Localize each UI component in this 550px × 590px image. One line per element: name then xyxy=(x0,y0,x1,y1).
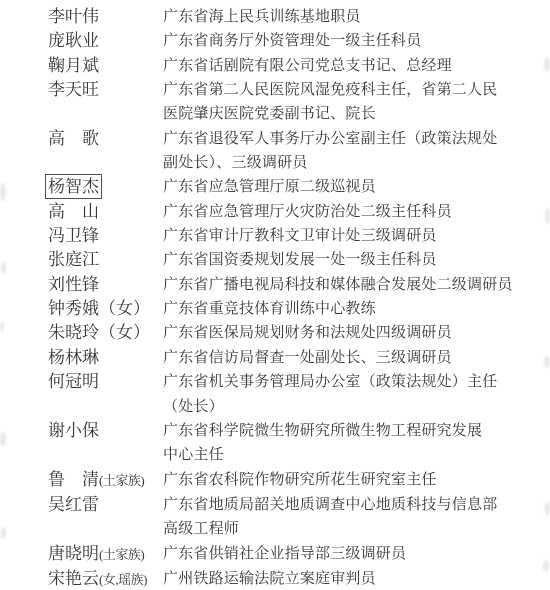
person-name: 张庭江 xyxy=(48,250,99,269)
name-cell: 高 歌 xyxy=(48,127,163,151)
person-name: 鞠月斌 xyxy=(48,56,99,75)
list-item: 庞耿业 广东省商务厅外资管理处一级主任科员 xyxy=(48,29,550,53)
name-cell: 宋艳云(女,瑶族) xyxy=(48,567,163,590)
position-text: 广东省审计厅教科文卫审计处三级调研员 xyxy=(163,224,519,248)
position-text: 广东省重竞技体育训练中心教练 xyxy=(163,297,519,321)
name-cell: 杨林琳 xyxy=(48,346,163,370)
award-list: 李叶伟 广东省海上民兵训练基地职员 庞耿业 广东省商务厅外资管理处一级主任科员 … xyxy=(0,0,550,590)
person-name: 吴红雷 xyxy=(48,495,99,514)
list-item: 冯卫锋 广东省审计厅教科文卫审计处三级调研员 xyxy=(48,224,550,248)
position-text: 广东省话剧院有限公司党总支书记、总经理 xyxy=(163,54,519,78)
name-cell: 庞耿业 xyxy=(48,29,163,53)
ethnicity-gender-note: (土家族) xyxy=(99,547,144,562)
position-text: 广东省商务厅外资管理处一级主任科员 xyxy=(163,29,519,53)
position-text: 广东省国资委规划发展一处一级主任科员 xyxy=(163,248,519,272)
list-item: 鞠月斌 广东省话剧院有限公司党总支书记、总经理 xyxy=(48,54,550,78)
person-name: 刘性锋 xyxy=(48,275,99,294)
name-cell: 高 山 xyxy=(48,200,163,224)
list-item: 何冠明 广东省机关事务管理局办公室（政策法规处）主任 （处长） xyxy=(48,370,550,419)
list-item: 吴红雷 广东省地质局韶关地质调查中心地质科技与信息部 高级工程师 xyxy=(48,493,550,542)
list-item: 张庭江 广东省国资委规划发展一处一级主任科员 xyxy=(48,248,550,272)
list-item: 高 山 广东省应急管理厅火灾防治处二级主任科员 xyxy=(48,200,550,224)
list-item: 刘性锋 广东省广播电视局科技和媒体融合发展处二级调研员 xyxy=(48,273,550,297)
person-name: 杨林琳 xyxy=(48,348,99,367)
list-item: 朱晓玲（女） 广东省医保局规划财务和法规处四级调研员 xyxy=(48,321,550,345)
person-name: 鲁 清 xyxy=(48,470,99,489)
ethnicity-gender-note: (女,瑶族) xyxy=(99,572,147,587)
list-item: 钟秀娥（女） 广东省重竞技体育训练中心教练 xyxy=(48,297,550,321)
position-text: 广东省应急管理厅原二级巡视员 xyxy=(163,175,519,199)
name-cell: 鲁 清(土家族) xyxy=(48,468,163,493)
position-text: 广东省地质局韶关地质调查中心地质科技与信息部 高级工程师 xyxy=(163,493,519,542)
name-cell: 鞠月斌 xyxy=(48,54,163,78)
person-name: 庞耿业 xyxy=(48,31,99,50)
person-name: 冯卫锋 xyxy=(48,226,99,245)
position-text: 广东省农科院作物研究所花生研究室主任 xyxy=(163,468,519,492)
list-item: 谢小保 广东省科学院微生物研究所微生物工程研究发展 中心主任 xyxy=(48,419,550,468)
list-item: 唐晓明(土家族) 广东省供销社企业指导部三级调研员 xyxy=(48,542,550,567)
name-cell: 李叶伟 xyxy=(48,5,163,29)
list-item: 杨智杰 广东省应急管理厅原二级巡视员 xyxy=(48,175,550,199)
position-text: 广东省应急管理厅火灾防治处二级主任科员 xyxy=(163,200,519,224)
position-text: 广东省供销社企业指导部三级调研员 xyxy=(163,542,519,566)
person-name: 李天旺 xyxy=(48,80,99,99)
person-name: 朱晓玲（女） xyxy=(48,323,150,342)
position-text: 广东省信访局督查一处副处长、三级调研员 xyxy=(163,346,519,370)
person-name: 何冠明 xyxy=(48,372,99,391)
name-cell: 谢小保 xyxy=(48,419,163,443)
person-name: 高 山 xyxy=(48,202,99,221)
name-cell: 李天旺 xyxy=(48,78,163,102)
name-cell: 何冠明 xyxy=(48,370,163,394)
name-cell: 朱晓玲（女） xyxy=(48,321,163,345)
list-item: 杨林琳 广东省信访局督查一处副处长、三级调研员 xyxy=(48,346,550,370)
person-name: 宋艳云 xyxy=(48,569,99,588)
position-text: 广东省退役军人事务厅办公室副主任（政策法规处 副处长）、三级调研员 xyxy=(163,127,519,176)
list-item: 鲁 清(土家族) 广东省农科院作物研究所花生研究室主任 xyxy=(48,468,550,493)
ethnicity-gender-note: (土家族) xyxy=(99,473,144,488)
position-text: 广东省海上民兵训练基地职员 xyxy=(163,5,519,29)
position-text: 广州铁路运输法院立案庭审判员 xyxy=(163,567,519,590)
position-text: 广东省广播电视局科技和媒体融合发展处二级调研员 xyxy=(163,273,519,297)
name-cell: 杨智杰 xyxy=(48,175,163,199)
name-cell: 唐晓明(土家族) xyxy=(48,542,163,567)
position-text: 广东省医保局规划财务和法规处四级调研员 xyxy=(163,321,519,345)
list-item: 宋艳云(女,瑶族) 广州铁路运输法院立案庭审判员 xyxy=(48,567,550,590)
person-name: 唐晓明 xyxy=(48,544,99,563)
person-name: 钟秀娥（女） xyxy=(48,299,150,318)
name-cell: 张庭江 xyxy=(48,248,163,272)
list-item: 李天旺 广东省第二人民医院风湿免疫科主任，省第二人民 医院肇庆医院党委副书记、院… xyxy=(48,78,550,127)
person-name: 李叶伟 xyxy=(48,7,99,26)
position-text: 广东省机关事务管理局办公室（政策法规处）主任 （处长） xyxy=(163,370,519,419)
name-cell: 冯卫锋 xyxy=(48,224,163,248)
list-item: 高 歌 广东省退役军人事务厅办公室副主任（政策法规处 副处长）、三级调研员 xyxy=(48,127,550,176)
person-name-boxed: 杨智杰 xyxy=(48,177,99,196)
person-name: 谢小保 xyxy=(48,421,99,440)
name-cell: 吴红雷 xyxy=(48,493,163,517)
name-cell: 刘性锋 xyxy=(48,273,163,297)
name-cell: 钟秀娥（女） xyxy=(48,297,163,321)
position-text: 广东省第二人民医院风湿免疫科主任，省第二人民 医院肇庆医院党委副书记、院长 xyxy=(163,78,519,127)
person-name: 高 歌 xyxy=(48,129,99,148)
position-text: 广东省科学院微生物研究所微生物工程研究发展 中心主任 xyxy=(163,419,519,468)
list-item: 李叶伟 广东省海上民兵训练基地职员 xyxy=(48,5,550,29)
document-page: 李叶伟 广东省海上民兵训练基地职员 庞耿业 广东省商务厅外资管理处一级主任科员 … xyxy=(0,0,550,590)
